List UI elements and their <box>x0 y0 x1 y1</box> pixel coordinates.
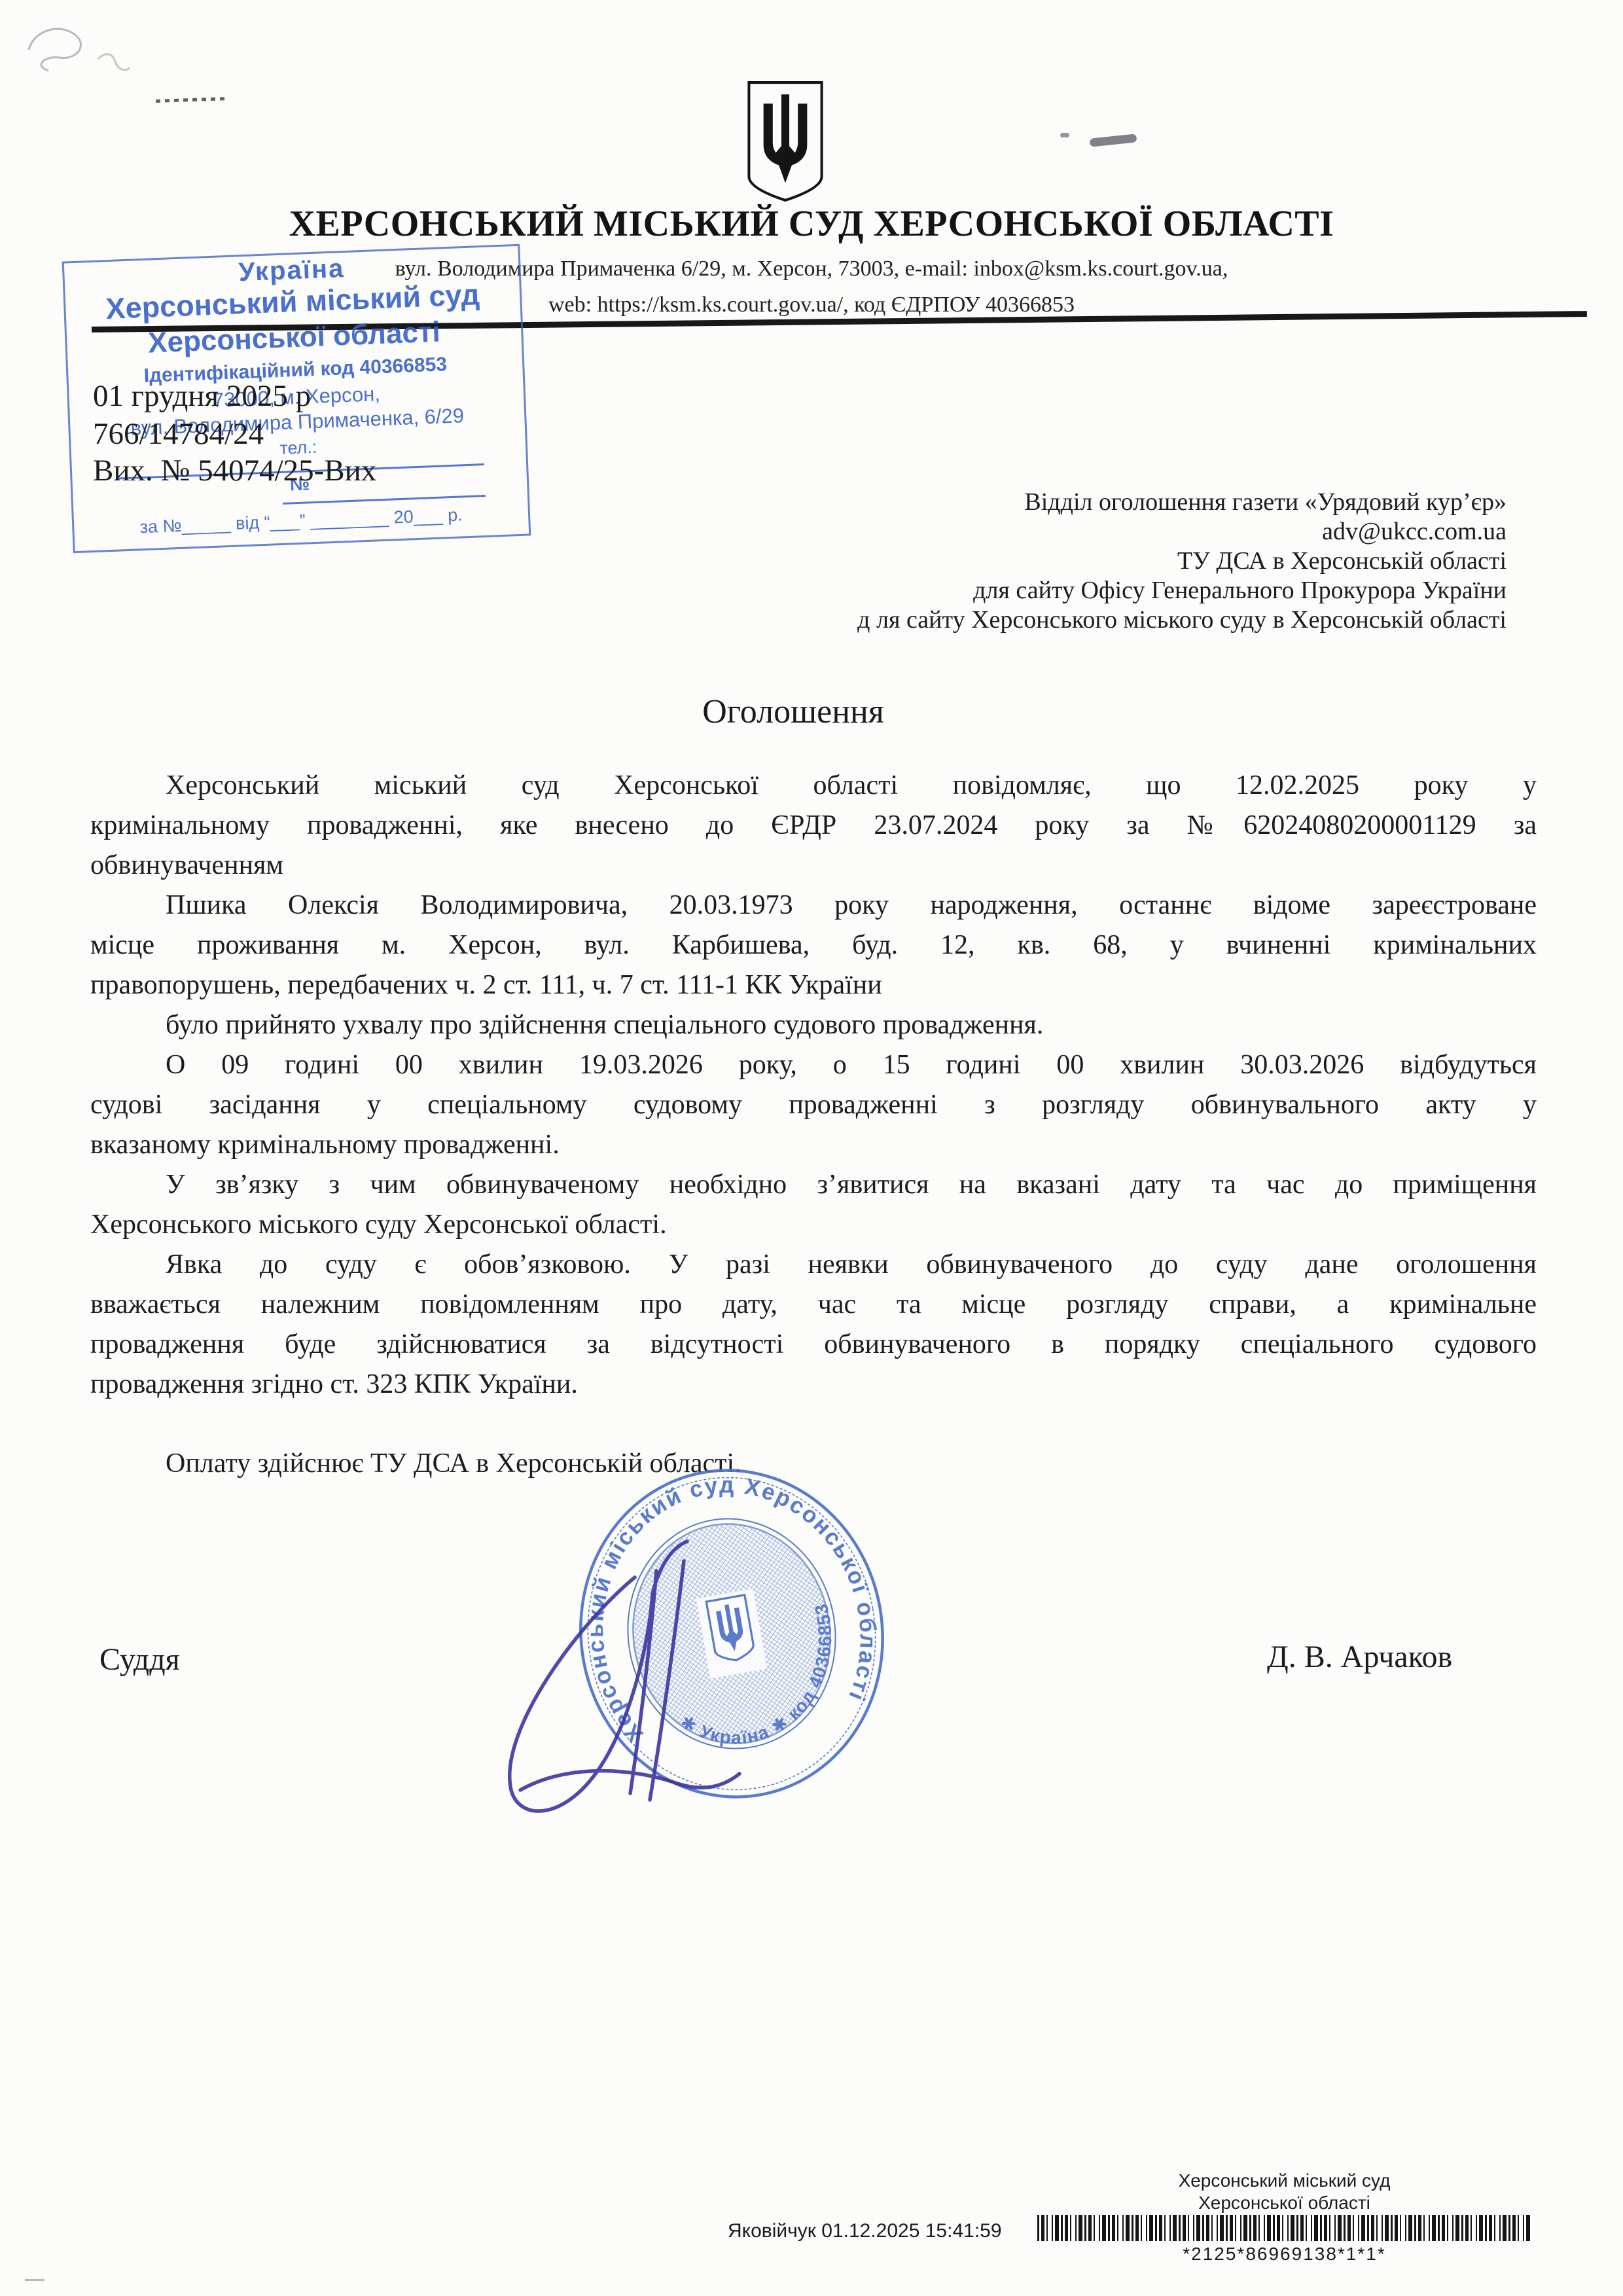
document-title: Оголошення <box>0 692 1586 731</box>
scan-artifact-dot <box>1060 133 1069 137</box>
announcement-body: Херсонський міський суд Херсонської обла… <box>90 766 1537 1405</box>
body-line: Херсонського міського суду Херсонської о… <box>90 1205 1537 1245</box>
body-line: вказаному кримінальному провадженні. <box>90 1125 1537 1165</box>
ukraine-trident-icon <box>743 79 827 203</box>
body-line: провадження згідно ст. 323 КПК України. <box>90 1365 1537 1405</box>
recipient-line: Відділ оголошення газети «Урядовий кур’є… <box>857 488 1507 517</box>
scanned-court-letter: ХЕРСОНСЬКИЙ МІСЬКИЙ СУД ХЕРСОНСЬКОЇ ОБЛА… <box>0 0 1623 2296</box>
barcode <box>1037 2215 1531 2241</box>
body-line: О 09 годині 00 хвилин 19.03.2026 року, о… <box>90 1045 1537 1085</box>
body-line: Херсонський міський суд Херсонської обла… <box>90 766 1537 806</box>
outgoing-date: 01 грудня 2025 р <box>93 378 311 414</box>
body-line: судові засідання у спеціальному судовому… <box>90 1085 1537 1125</box>
body-line: провадження буде здійснюватися за відсут… <box>90 1325 1537 1365</box>
body-line: вважається належним повідомленням про да… <box>90 1285 1537 1325</box>
body-line: місце проживання м. Херсон, вул. Карбише… <box>90 925 1537 965</box>
body-line: правопорушень, передбачених ч. 2 ст. 111… <box>90 965 1537 1005</box>
judge-name: Д. В. Арчаков <box>1267 1639 1452 1675</box>
body-line: У зв’язку з чим обвинуваченому необхідно… <box>90 1165 1537 1205</box>
recipient-list: Відділ оголошення газети «Урядовий кур’є… <box>857 488 1507 635</box>
recipient-line: adv@ukcc.com.ua <box>857 517 1507 547</box>
body-line: Явка до суду є обов’язковою. У разі неяв… <box>90 1245 1537 1285</box>
scan-artifact-corner <box>25 2279 45 2281</box>
judge-signature <box>481 1532 834 1846</box>
operator-timestamp: Яковійчук 01.12.2025 15:41:59 <box>728 2220 1002 2242</box>
judge-label: Суддя <box>99 1641 180 1677</box>
scan-artifact-smudge <box>1090 134 1137 147</box>
body-line: було прийнято ухвалу про здійснення спец… <box>90 1005 1537 1045</box>
recipient-line: д ля сайту Херсонського міського суду в … <box>857 605 1507 635</box>
footer-court-line2: Херсонської області <box>1037 2193 1531 2214</box>
body-line: кримінальному провадженні, яке внесено д… <box>90 806 1537 846</box>
recipient-line: ТУ ДСА в Херсонській області <box>857 547 1507 576</box>
body-line: Пшика Олексія Володимировича, 20.03.1973… <box>90 886 1537 925</box>
scan-artifact-dots <box>156 97 229 103</box>
stamp-rule-line2 <box>283 495 486 505</box>
page-title: ХЕРСОНСЬКИЙ МІСЬКИЙ СУД ХЕРСОНСЬКОЇ ОБЛА… <box>0 203 1623 245</box>
stamp-bottom-row: за №_____ від “___” ________ 20___ р. <box>74 503 529 541</box>
footer-court-line1: Херсонський міський суд <box>1037 2170 1531 2191</box>
outgoing-number: Вих. № 54074/25-Вих <box>93 453 376 488</box>
scan-artifact-scribble <box>20 20 137 131</box>
barcode-text: *2125*86969138*1*1* <box>1037 2244 1531 2265</box>
body-line: обвинуваченням <box>90 846 1537 886</box>
case-number: 766/14784/24 <box>93 416 264 452</box>
recipient-line: для сайту Офісу Генерального Прокурора У… <box>857 576 1507 605</box>
